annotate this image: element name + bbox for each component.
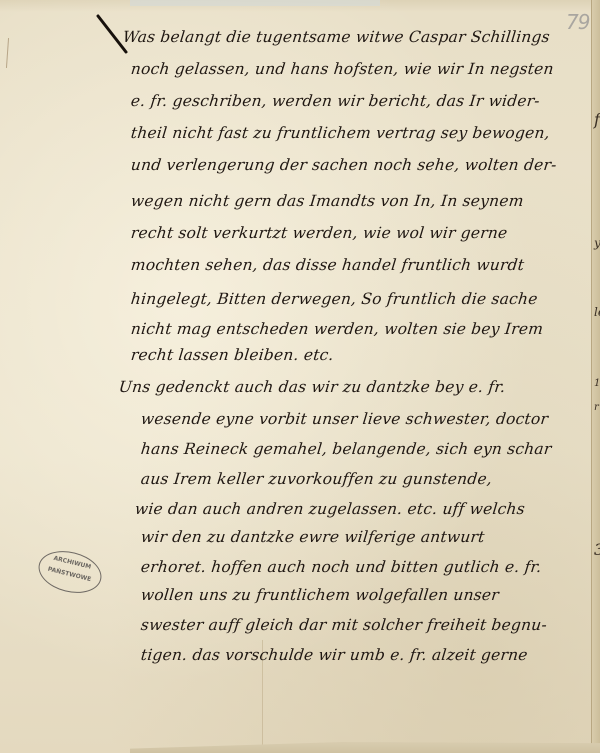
text-line-content: aus Irem keller zuvorkouffen zu gunstend… (140, 470, 493, 488)
text-line: und verlengerung der sachen noch sehe, w… (130, 156, 558, 174)
text-line-content: hingelegt, Bitten derwegen, So fruntlich… (130, 290, 539, 308)
text-line: wollen uns zu fruntlichem wolgefallen un… (140, 586, 500, 604)
text-line-content: recht solt verkurtzt werden, wie wol wir… (130, 224, 508, 242)
text-line: erhoret. hoffen auch noch und bitten gut… (140, 558, 543, 576)
text-line: theil nicht fast zu fruntlichem vertrag … (130, 124, 551, 142)
text-line-content: tigen. das vorschulde wir umb e. fr. alz… (140, 646, 529, 664)
text-line-content: wegen nicht gern das Imandts von In, In … (130, 192, 525, 210)
text-line: noch gelassen, und hans hofsten, wie wir… (130, 60, 555, 78)
text-line: Was belangt die tugentsame witwe Caspar … (122, 28, 551, 46)
margin-bleed-text: 1 (594, 378, 600, 389)
margin-bleed-text: 3 (594, 540, 600, 559)
folio-number: 79 (566, 10, 589, 34)
text-line: nicht mag entscheden werden, wolten sie … (130, 320, 544, 338)
text-line-content: nicht mag entscheden werden, wolten sie … (130, 320, 544, 338)
text-line-content: mochten sehen, das disse handel fruntlic… (130, 256, 525, 274)
text-line: recht solt verkurtzt werden, wie wol wir… (130, 224, 508, 242)
text-line: hans Reineck gemahel, belangende, sich e… (140, 440, 552, 458)
paragraph-1-text: Was belangt die tugentsame witwe Caspar … (122, 28, 551, 46)
archive-stamp: ARCHIWUM PAŃSTWOWE (34, 545, 106, 599)
text-line-content: theil nicht fast zu fruntlichem vertrag … (130, 124, 551, 142)
paper-bottom-edge (130, 742, 600, 753)
text-line-content: wollen uns zu fruntlichem wolgefallen un… (140, 586, 500, 604)
text-line: wir den zu dantzke ewre wilferige antwur… (140, 528, 486, 546)
text-line-content: e. fr. geschriben, werden wir bericht, d… (130, 92, 541, 110)
text-line-content: swester auff gleich dar mit solcher frei… (140, 616, 548, 634)
text-line: wegen nicht gern das Imandts von In, In … (130, 192, 525, 210)
text-line: recht lassen bleiben. etc. (130, 346, 335, 364)
text-line-content: wesende eyne vorbit unser lieve schweste… (140, 410, 549, 428)
text-line: wesende eyne vorbit unser lieve schweste… (140, 410, 549, 428)
text-line: tigen. das vorschulde wir umb e. fr. alz… (140, 646, 529, 664)
text-line: e. fr. geschriben, werden wir bericht, d… (130, 92, 541, 110)
text-line-content: hans Reineck gemahel, belangende, sich e… (140, 440, 552, 458)
text-line-content: erhoret. hoffen auch noch und bitten gut… (140, 558, 543, 576)
margin-bleed-text: le (594, 305, 600, 319)
text-line: aus Irem keller zuvorkouffen zu gunstend… (140, 470, 493, 488)
margin-mark (6, 38, 9, 68)
text-line: mochten sehen, das disse handel fruntlic… (130, 256, 525, 274)
text-line: Uns gedenckt auch das wir zu dantzke bey… (118, 378, 506, 396)
text-line-content: wie dan auch andren zugelassen. etc. uff… (134, 500, 526, 518)
paragraph-2-text: Uns gedenckt auch das wir zu dantzke bey… (118, 378, 506, 396)
text-line: wie dan auch andren zugelassen. etc. uff… (134, 500, 526, 518)
manuscript-page: 79 ARCHIWUM PAŃSTWOWE Was belangt die tu… (0, 0, 600, 753)
margin-bleed-text: fr (594, 110, 600, 129)
paper-top-edge (130, 0, 380, 6)
margin-bleed-text: y (594, 236, 600, 250)
text-line-content: wir den zu dantzke ewre wilferige antwur… (140, 528, 486, 546)
text-line-content: recht lassen bleiben. etc. (130, 346, 335, 364)
margin-bleed-text: r (594, 402, 599, 413)
text-line-content: noch gelassen, und hans hofsten, wie wir… (130, 60, 555, 78)
text-line-content: und verlengerung der sachen noch sehe, w… (130, 156, 558, 174)
text-line: swester auff gleich dar mit solcher frei… (140, 616, 548, 634)
text-line: hingelegt, Bitten derwegen, So fruntlich… (130, 290, 539, 308)
